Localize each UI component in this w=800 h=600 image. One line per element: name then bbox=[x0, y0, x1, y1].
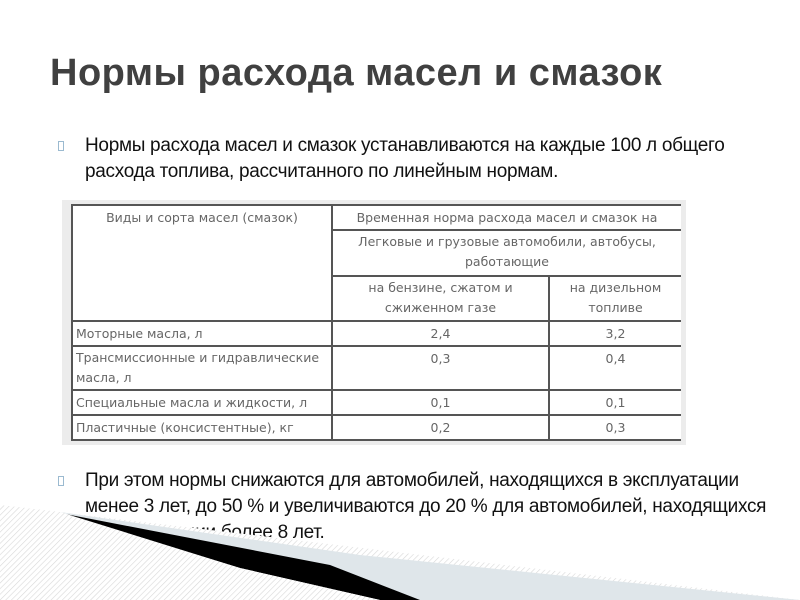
header-oil-types: Виды и сорта масел (смазок) bbox=[72, 205, 332, 321]
diesel-value: 0,4 bbox=[549, 346, 681, 390]
oil-norms-table-image: Виды и сорта масел (смазок) Временная но… bbox=[62, 200, 686, 445]
bullet-item: При этом нормы снижаются для автомобилей… bbox=[58, 468, 768, 546]
oil-norms-table: Виды и сорта масел (смазок) Временная но… bbox=[71, 204, 681, 441]
header-norm: Временная норма расхода масел и смазок н… bbox=[332, 205, 681, 230]
petrol-value: 0,1 bbox=[332, 390, 549, 415]
slide-title: Нормы расхода масел и смазок bbox=[50, 52, 662, 95]
diesel-value: 3,2 bbox=[549, 321, 681, 346]
oil-type-cell: Моторные масла, л bbox=[72, 321, 332, 346]
table-row: Пластичные (консистентные), кг 0,2 0,3 bbox=[72, 415, 681, 440]
petrol-value: 0,3 bbox=[332, 346, 549, 390]
oil-type-cell: Специальные масла и жидкости, л bbox=[72, 390, 332, 415]
petrol-value: 0,2 bbox=[332, 415, 549, 440]
header-diesel: на дизельном топливе bbox=[549, 276, 681, 322]
header-vehicles: Легковые и грузовые автомобили, автобусы… bbox=[332, 230, 681, 276]
oil-type-cell: Трансмиссионные и гидравлические масла, … bbox=[72, 346, 332, 390]
bullet-text: При этом нормы снижаются для автомобилей… bbox=[85, 468, 768, 546]
diesel-value: 0,3 bbox=[549, 415, 681, 440]
header-petrol: на бензине, сжатом и сжиженном газе bbox=[332, 276, 549, 322]
diesel-value: 0,1 bbox=[549, 390, 681, 415]
bullet-item: Нормы расхода масел и смазок устанавлива… bbox=[58, 133, 768, 185]
table-row: Трансмиссионные и гидравлические масла, … bbox=[72, 346, 681, 390]
table-row: Моторные масла, л 2,4 3,2 bbox=[72, 321, 681, 346]
bullet-text: Нормы расхода масел и смазок устанавлива… bbox=[85, 133, 768, 185]
square-bullet-icon bbox=[58, 476, 64, 486]
table-row: Специальные масла и жидкости, л 0,1 0,1 bbox=[72, 390, 681, 415]
petrol-value: 2,4 bbox=[332, 321, 549, 346]
square-bullet-icon bbox=[58, 141, 64, 151]
oil-type-cell: Пластичные (консистентные), кг bbox=[72, 415, 332, 440]
